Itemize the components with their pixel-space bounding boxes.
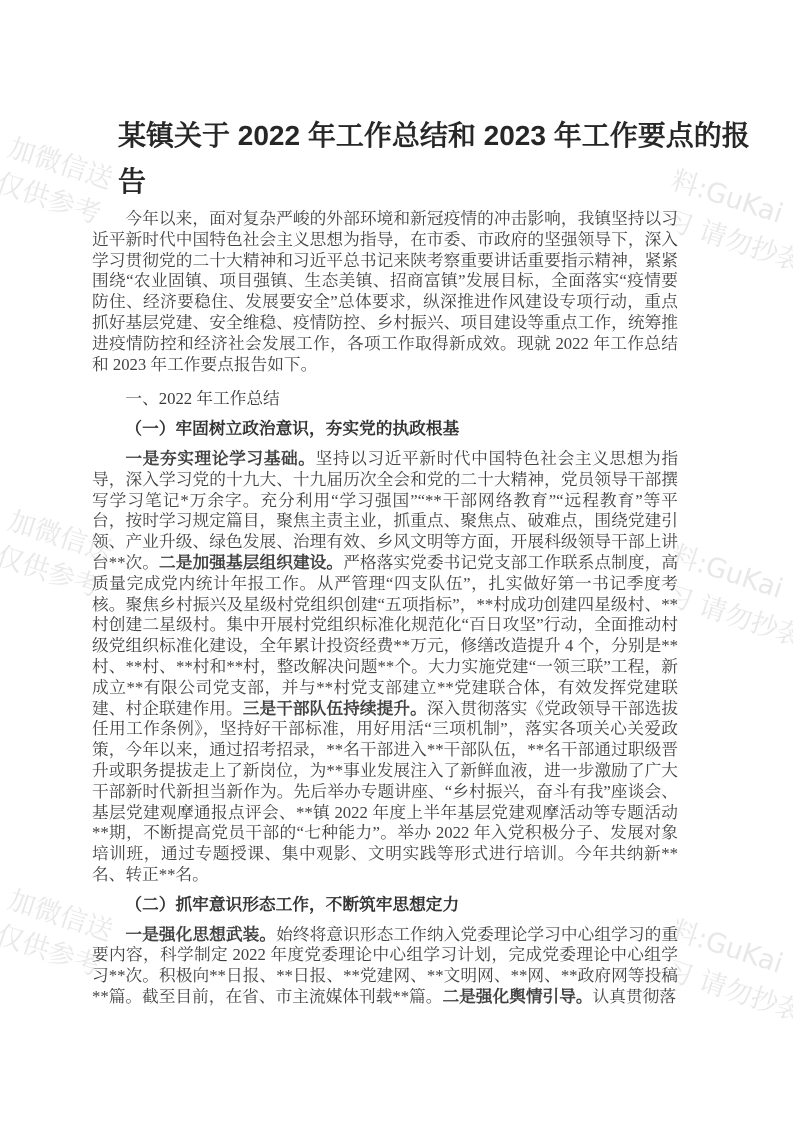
text-run: 认真贯彻落 — [593, 987, 676, 1006]
emphasis-run: 二是加强基层组织建设。 — [159, 553, 343, 572]
watermark-text: 料:GuKai — [667, 533, 789, 606]
section-heading: （一）牢固树立政治意识，夯实党的执政根基 — [92, 419, 678, 440]
watermark-text: 料:GuKai — [667, 158, 789, 231]
watermark-text: 仅供参考 — [0, 913, 107, 983]
text-run: 严格落实党委书记党支部工作联系点制度，高质量完成党内统计年报工作。从严管理“四支… — [92, 553, 678, 718]
document-viewer-page: { "page": { "width": 793, "height": 1122… — [0, 0, 793, 1122]
paragraph: 一是强化思想武装。始终将意识形态工作纳入党委理论学习中心组学习的重要内容，科学制… — [92, 925, 678, 1008]
section-heading: （二）抓牢意识形态工作，不断筑牢思想定力 — [92, 895, 678, 916]
paragraph: 今年以来，面对复杂严峻的外部环境和新冠疫情的冲击影响，我镇坚持以习近平新时代中国… — [92, 209, 678, 375]
watermark-text: 习 请勿抄袭 — [661, 198, 793, 279]
emphasis-run: （二）抓牢意识形态工作，不断筑牢思想定力 — [125, 895, 459, 914]
section-heading: 一、2022 年工作总结 — [92, 389, 678, 410]
document-title-line: 告 — [118, 159, 678, 205]
watermark-text: 仅供参考 — [0, 534, 107, 604]
emphasis-run: 二是强化舆情引导。 — [442, 987, 592, 1006]
document-title-line: 某镇关于 2022 年工作总结和 2023 年工作要点的报 — [118, 113, 678, 159]
emphasis-run: 三是干部队伍持续提升。 — [243, 699, 427, 718]
document-title: 某镇关于 2022 年工作总结和 2023 年工作要点的报 告 — [118, 113, 678, 205]
emphasis-run: （一）牢固树立政治意识，夯实党的执政根基 — [125, 419, 459, 438]
text-run: 一、2022 年工作总结 — [125, 389, 279, 408]
watermark-text: 料:GuKai — [667, 908, 789, 981]
emphasis-run: 一是强化思想武装。 — [125, 925, 276, 944]
emphasis-run: 一是夯实理论学习基础。 — [125, 449, 315, 468]
watermark-text: 习 请勿抄袭 — [661, 948, 793, 1029]
document-body: 今年以来，面对复杂严峻的外部环境和新冠疫情的冲击影响，我镇坚持以习近平新时代中国… — [92, 209, 678, 1008]
text-run: 深入贯彻落实《党政领导干部选拔任用工作条例》，坚持好干部标准，用好用活“三项机制… — [92, 699, 678, 884]
text-run: 今年以来，面对复杂严峻的外部环境和新冠疫情的冲击影响，我镇坚持以习近平新时代中国… — [92, 209, 678, 374]
paragraph: 一是夯实理论学习基础。坚持以习近平新时代中国特色社会主义思想为指导，深入学习党的… — [92, 449, 678, 886]
watermark-text: 习 请勿抄袭 — [661, 573, 793, 654]
document-page: 某镇关于 2022 年工作总结和 2023 年工作要点的报 告 今年以来，面对复… — [92, 0, 678, 1008]
watermark-text: 仅供参考 — [0, 161, 107, 231]
